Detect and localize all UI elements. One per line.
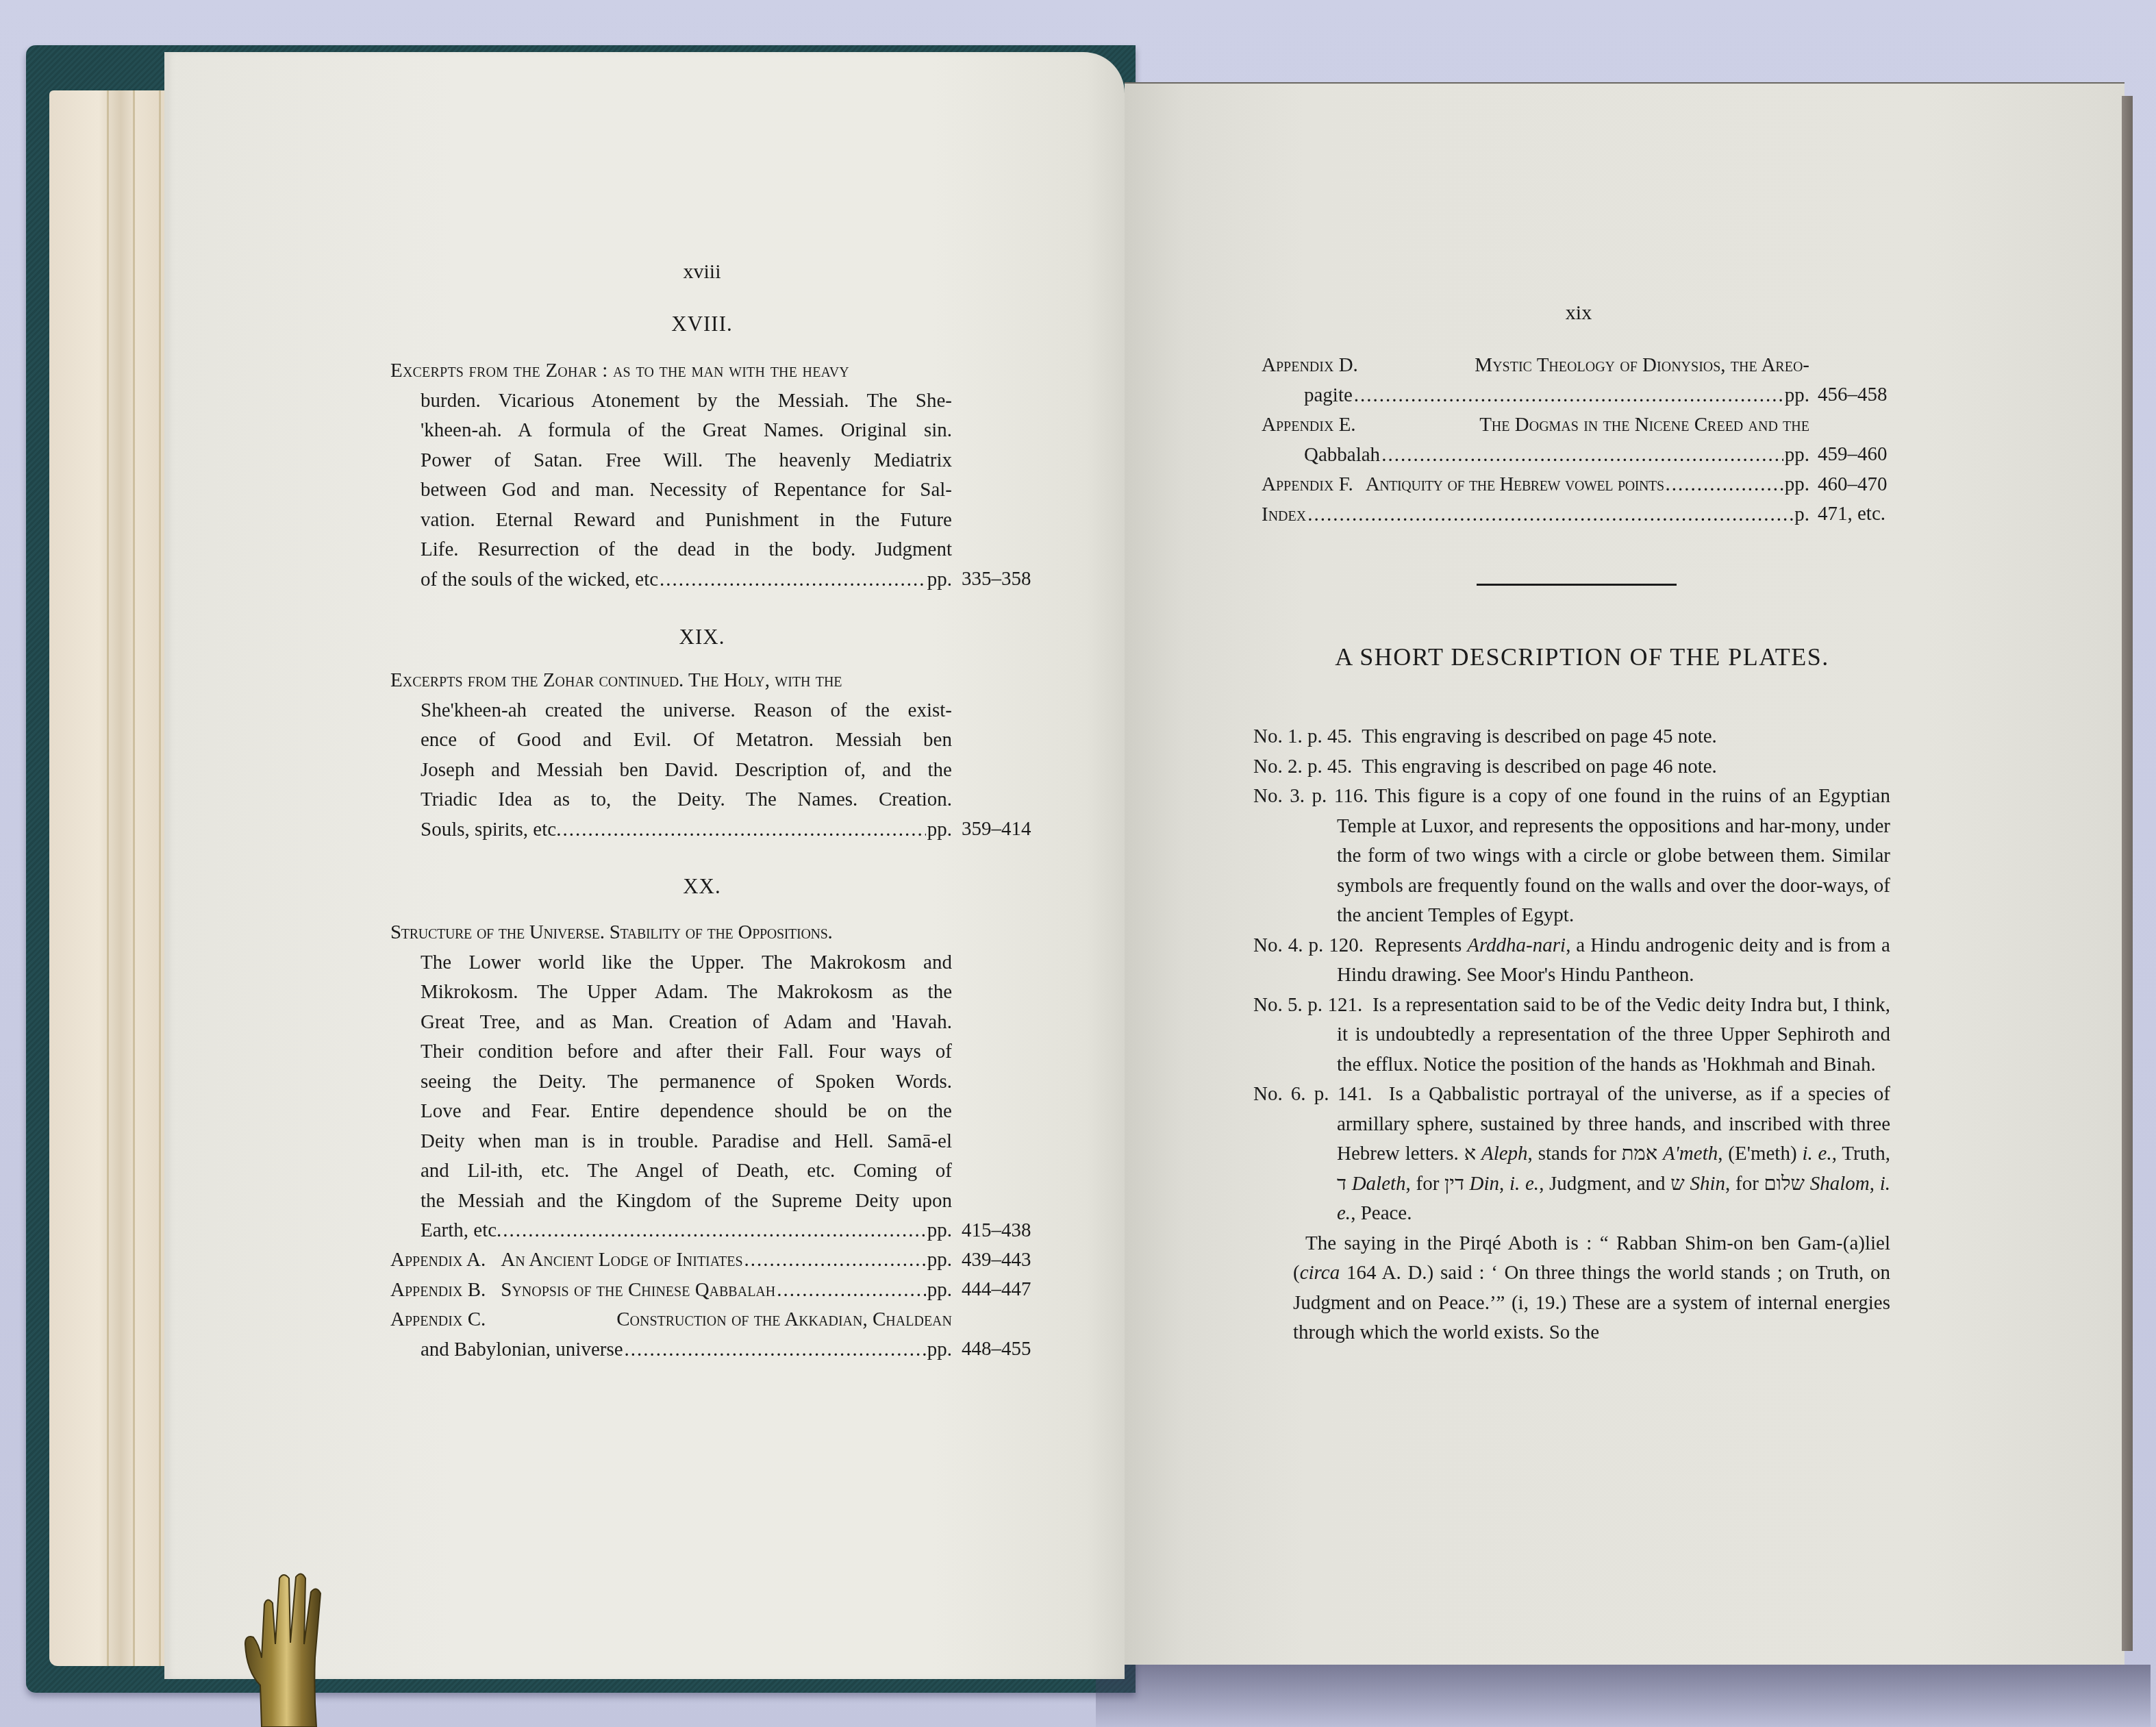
entry-last-line: Earth, etc. pp. bbox=[390, 1216, 952, 1246]
appendix-title: An Ancient Lodge of Initiates bbox=[501, 1245, 742, 1276]
toc-entry-xix[interactable]: Excerpts from the Zohar continued. The H… bbox=[390, 666, 952, 845]
appendix-title: Construction of the Akkadian, Chaldean bbox=[616, 1305, 952, 1335]
page-range: 359–414 bbox=[962, 815, 1037, 845]
dot-leader bbox=[625, 1335, 926, 1365]
section-divider bbox=[1477, 584, 1677, 586]
index-label: Index bbox=[1262, 500, 1306, 530]
page-range: 448–455 bbox=[962, 1334, 1037, 1365]
entry-text: of the souls of the wicked, etc bbox=[421, 565, 658, 595]
plate-text: This engraving is described on page 46 n… bbox=[1362, 756, 1717, 778]
plate-text: This figure is a copy of one found in th… bbox=[1337, 785, 1890, 926]
dot-leader bbox=[660, 565, 926, 595]
entry-line: Triadic Idea as to, the Deity. The Names… bbox=[421, 785, 952, 815]
plate-text: Represents bbox=[1375, 934, 1467, 956]
page-edge-stack bbox=[49, 90, 173, 1666]
page-range: 459–460 bbox=[1818, 440, 1893, 470]
page-range: 460–470 bbox=[1818, 470, 1893, 500]
toc-entry-appendix-f[interactable]: Appendix F. Antiquity of the Hebrew vowe… bbox=[1262, 470, 1809, 500]
entry-line: between God and man. Necessity of Repent… bbox=[421, 475, 952, 506]
dot-leader bbox=[1381, 440, 1783, 471]
appendix-title: Antiquity of the Hebrew vowel points bbox=[1366, 470, 1664, 500]
plates-list: No. 1. p. 45. This engraving is describe… bbox=[1253, 722, 1890, 1348]
pp-label: pp. bbox=[927, 1276, 952, 1306]
plate-entry-1[interactable]: No. 1. p. 45. This engraving is describe… bbox=[1253, 722, 1890, 752]
entry-line: ence of Good and Evil. Of Metatron. Mess… bbox=[421, 725, 952, 756]
plate-italic-term: Arddha-nari bbox=[1467, 934, 1566, 956]
plate-italic-term: Aleph bbox=[1481, 1143, 1528, 1165]
page-edge-line bbox=[159, 90, 161, 1666]
appendix-label: Appendix B. bbox=[390, 1276, 486, 1306]
entry-line: the Messiah and the Kingdom of the Supre… bbox=[421, 1186, 952, 1217]
plate-italic-term: Daleth bbox=[1352, 1173, 1406, 1195]
entry-line: and Lil-ith, etc. The Angel of Death, et… bbox=[421, 1156, 952, 1186]
pp-label: pp. bbox=[927, 565, 952, 595]
pp-label: pp. bbox=[1785, 381, 1809, 411]
plate-italic-term: Shalom bbox=[1810, 1173, 1870, 1195]
plate-ref: No. 2. p. 45. bbox=[1253, 756, 1352, 778]
plate-text: , for שלום bbox=[1725, 1173, 1810, 1195]
entry-last-line: of the souls of the wicked, etc pp. bbox=[390, 565, 952, 595]
plate-ref: No. 6. p. 141. bbox=[1253, 1083, 1372, 1105]
book-shadow bbox=[1096, 1665, 2151, 1727]
entry-line: The Lower world like the Upper. The Makr… bbox=[421, 948, 952, 978]
appendix-list-right: Appendix D. Mystic Theology of Dionysios… bbox=[1262, 351, 1809, 530]
dot-leader bbox=[744, 1245, 926, 1276]
paragraph-text: 164 A. D.) said : ‘ On three things the … bbox=[1293, 1262, 1890, 1343]
appendix-continuation: Qabbalah bbox=[1304, 440, 1380, 471]
plate-italic-term: Shin bbox=[1690, 1173, 1726, 1195]
closing-paragraph[interactable]: The saying in the Pirqé Aboth is : “ Rab… bbox=[1253, 1229, 1890, 1348]
entry-line: She'kheen-ah created the universe. Reaso… bbox=[421, 696, 952, 726]
plate-italic-term: Din bbox=[1470, 1173, 1500, 1195]
appendix-label: Appendix E. bbox=[1262, 410, 1356, 440]
paragraph-italic: circa bbox=[1300, 1262, 1340, 1284]
appendix-list-left: Appendix A. An Ancient Lodge of Initiate… bbox=[390, 1245, 952, 1365]
plate-entry-5[interactable]: No. 5. p. 121. Is a representation said … bbox=[1253, 991, 1890, 1080]
right-page-edge bbox=[2122, 96, 2133, 1651]
page-edge-line bbox=[107, 90, 109, 1666]
entry-line: Life. Resurrection of the dead in the bo… bbox=[421, 535, 952, 565]
entry-line: Mikrokosm. The Upper Adam. The Makrokosm… bbox=[421, 978, 952, 1008]
section-numeral: XVIII. bbox=[616, 312, 788, 336]
plate-text: This engraving is described on page 45 n… bbox=[1362, 725, 1717, 747]
toc-entry-appendix-d[interactable]: Appendix D. Mystic Theology of Dionysios… bbox=[1262, 351, 1809, 410]
plate-ref: No. 4. p. 120. bbox=[1253, 934, 1364, 956]
appendix-continuation: pagite bbox=[1304, 381, 1353, 411]
right-folio: xix bbox=[1493, 301, 1664, 325]
entry-line: Deity when man is in trouble. Paradise a… bbox=[421, 1127, 952, 1157]
appendix-title: Mystic Theology of Dionysios, the Areo- bbox=[1475, 351, 1809, 381]
plate-italic-term: i. e. bbox=[1509, 1173, 1539, 1195]
plate-text: Is a Qabbalistic portrayal of the univer… bbox=[1337, 1083, 1890, 1224]
plate-text: , (E'meth) bbox=[1718, 1143, 1802, 1165]
plate-text: , for דין bbox=[1406, 1173, 1470, 1195]
entry-heading: Structure of the Universe. Stability of … bbox=[390, 918, 952, 948]
toc-entry-appendix-a[interactable]: Appendix A. An Ancient Lodge of Initiate… bbox=[390, 1245, 952, 1276]
brass-hand-bookmark-icon bbox=[226, 1569, 363, 1727]
entry-last-line: Souls, spirits, etc. pp. bbox=[390, 815, 952, 845]
entry-line: Power of Satan. Free Will. The heavenly … bbox=[421, 446, 952, 476]
toc-entry-xx[interactable]: Structure of the Universe. Stability of … bbox=[390, 918, 952, 1246]
page-range: 335–358 bbox=[962, 564, 1037, 595]
appendix-label: Appendix D. bbox=[1262, 351, 1358, 381]
plate-italic-term: A'meth bbox=[1663, 1143, 1718, 1165]
page-range: 415–438 bbox=[962, 1216, 1037, 1246]
page-range: 439–443 bbox=[962, 1245, 1037, 1276]
entry-line: Great Tree, and as Man. Creation of Adam… bbox=[421, 1008, 952, 1038]
plate-ref: No. 1. p. 45. bbox=[1253, 725, 1352, 747]
plate-text: , bbox=[1499, 1173, 1509, 1195]
toc-entry-appendix-b[interactable]: Appendix B. Synopsis of the Chinese Qabb… bbox=[390, 1276, 952, 1306]
plates-title: A SHORT DESCRIPTION OF THE PLATES. bbox=[1253, 643, 1911, 671]
appendix-label: Appendix F. bbox=[1262, 470, 1353, 500]
plate-entry-2[interactable]: No. 2. p. 45. This engraving is describe… bbox=[1253, 752, 1890, 782]
entry-line: Their condition before and after their F… bbox=[421, 1037, 952, 1067]
left-page[interactable] bbox=[164, 52, 1125, 1679]
plate-ref: No. 5. p. 121. bbox=[1253, 994, 1362, 1016]
plate-text: , bbox=[1870, 1173, 1880, 1195]
pp-label: pp. bbox=[927, 1216, 952, 1246]
entry-text: Earth, etc. bbox=[421, 1216, 501, 1246]
appendix-continuation: and Babylonian, universe bbox=[421, 1335, 623, 1365]
plate-entry-6[interactable]: No. 6. p. 141. Is a Qabbalistic portraya… bbox=[1253, 1080, 1890, 1229]
plate-ref: No. 3. p. 116. bbox=[1253, 785, 1368, 807]
entry-line: vation. Eternal Reward and Punishment in… bbox=[421, 506, 952, 536]
plate-italic-term: i. e. bbox=[1802, 1143, 1831, 1165]
dot-leader bbox=[1307, 500, 1793, 530]
plate-text: , Peace. bbox=[1351, 1202, 1412, 1224]
dot-leader bbox=[1666, 470, 1783, 500]
dot-leader bbox=[777, 1276, 926, 1306]
pp-label: p. bbox=[1794, 500, 1809, 530]
appendix-title: The Dogmas in the Nicene Creed and the bbox=[1479, 410, 1809, 440]
entry-text: Souls, spirits, etc. bbox=[421, 815, 561, 845]
pp-label: pp. bbox=[927, 1335, 952, 1365]
page-range: 471, etc. bbox=[1818, 499, 1893, 530]
pp-label: pp. bbox=[927, 815, 952, 845]
plate-text: , Judgment, and ש bbox=[1539, 1173, 1690, 1195]
page-range: 444–447 bbox=[962, 1275, 1037, 1305]
appendix-title: Synopsis of the Chinese Qabbalah bbox=[501, 1276, 775, 1306]
plate-entry-4[interactable]: No. 4. p. 120. Represents Arddha-nari, a… bbox=[1253, 931, 1890, 991]
entry-line: burden. Vicarious Atonement by the Messi… bbox=[421, 386, 952, 417]
page-range: 456–458 bbox=[1818, 380, 1893, 410]
toc-entry-appendix-e[interactable]: Appendix E. The Dogmas in the Nicene Cre… bbox=[1262, 410, 1809, 470]
appendix-label: Appendix A. bbox=[390, 1245, 486, 1276]
dot-leader bbox=[503, 1216, 925, 1246]
page-edge-line bbox=[133, 90, 135, 1666]
dot-leader bbox=[562, 815, 925, 845]
entry-line: Love and Fear. Entire dependence should … bbox=[421, 1097, 952, 1127]
entry-heading: Excerpts from the Zohar : as to the man … bbox=[390, 356, 952, 386]
entry-heading: Excerpts from the Zohar continued. The H… bbox=[390, 666, 952, 696]
plate-text: , stands for אמת bbox=[1528, 1143, 1663, 1165]
toc-entry-appendix-c[interactable]: Appendix C. Construction of the Akkadian… bbox=[390, 1305, 952, 1365]
dot-leader bbox=[1354, 381, 1783, 411]
left-folio: xviii bbox=[616, 260, 788, 284]
pp-label: pp. bbox=[927, 1245, 952, 1276]
section-numeral: XIX. bbox=[616, 625, 788, 649]
pp-label: pp. bbox=[1785, 440, 1809, 471]
toc-entry-xviii[interactable]: Excerpts from the Zohar : as to the man … bbox=[390, 356, 952, 595]
toc-entry-index[interactable]: Index p. bbox=[1262, 500, 1809, 530]
entry-line: Joseph and Messiah ben David. Descriptio… bbox=[421, 756, 952, 786]
entry-line: seeing the Deity. The permanence of Spok… bbox=[421, 1067, 952, 1097]
appendix-label: Appendix C. bbox=[390, 1305, 486, 1335]
pp-label: pp. bbox=[1785, 470, 1809, 500]
plate-entry-3[interactable]: No. 3. p. 116. This figure is a copy of … bbox=[1253, 782, 1890, 931]
entry-line: 'kheen-ah. A formula of the Great Names.… bbox=[421, 416, 952, 446]
plate-text: Is a representation said to be of the Ve… bbox=[1337, 994, 1890, 1076]
section-numeral: XX. bbox=[616, 874, 788, 899]
